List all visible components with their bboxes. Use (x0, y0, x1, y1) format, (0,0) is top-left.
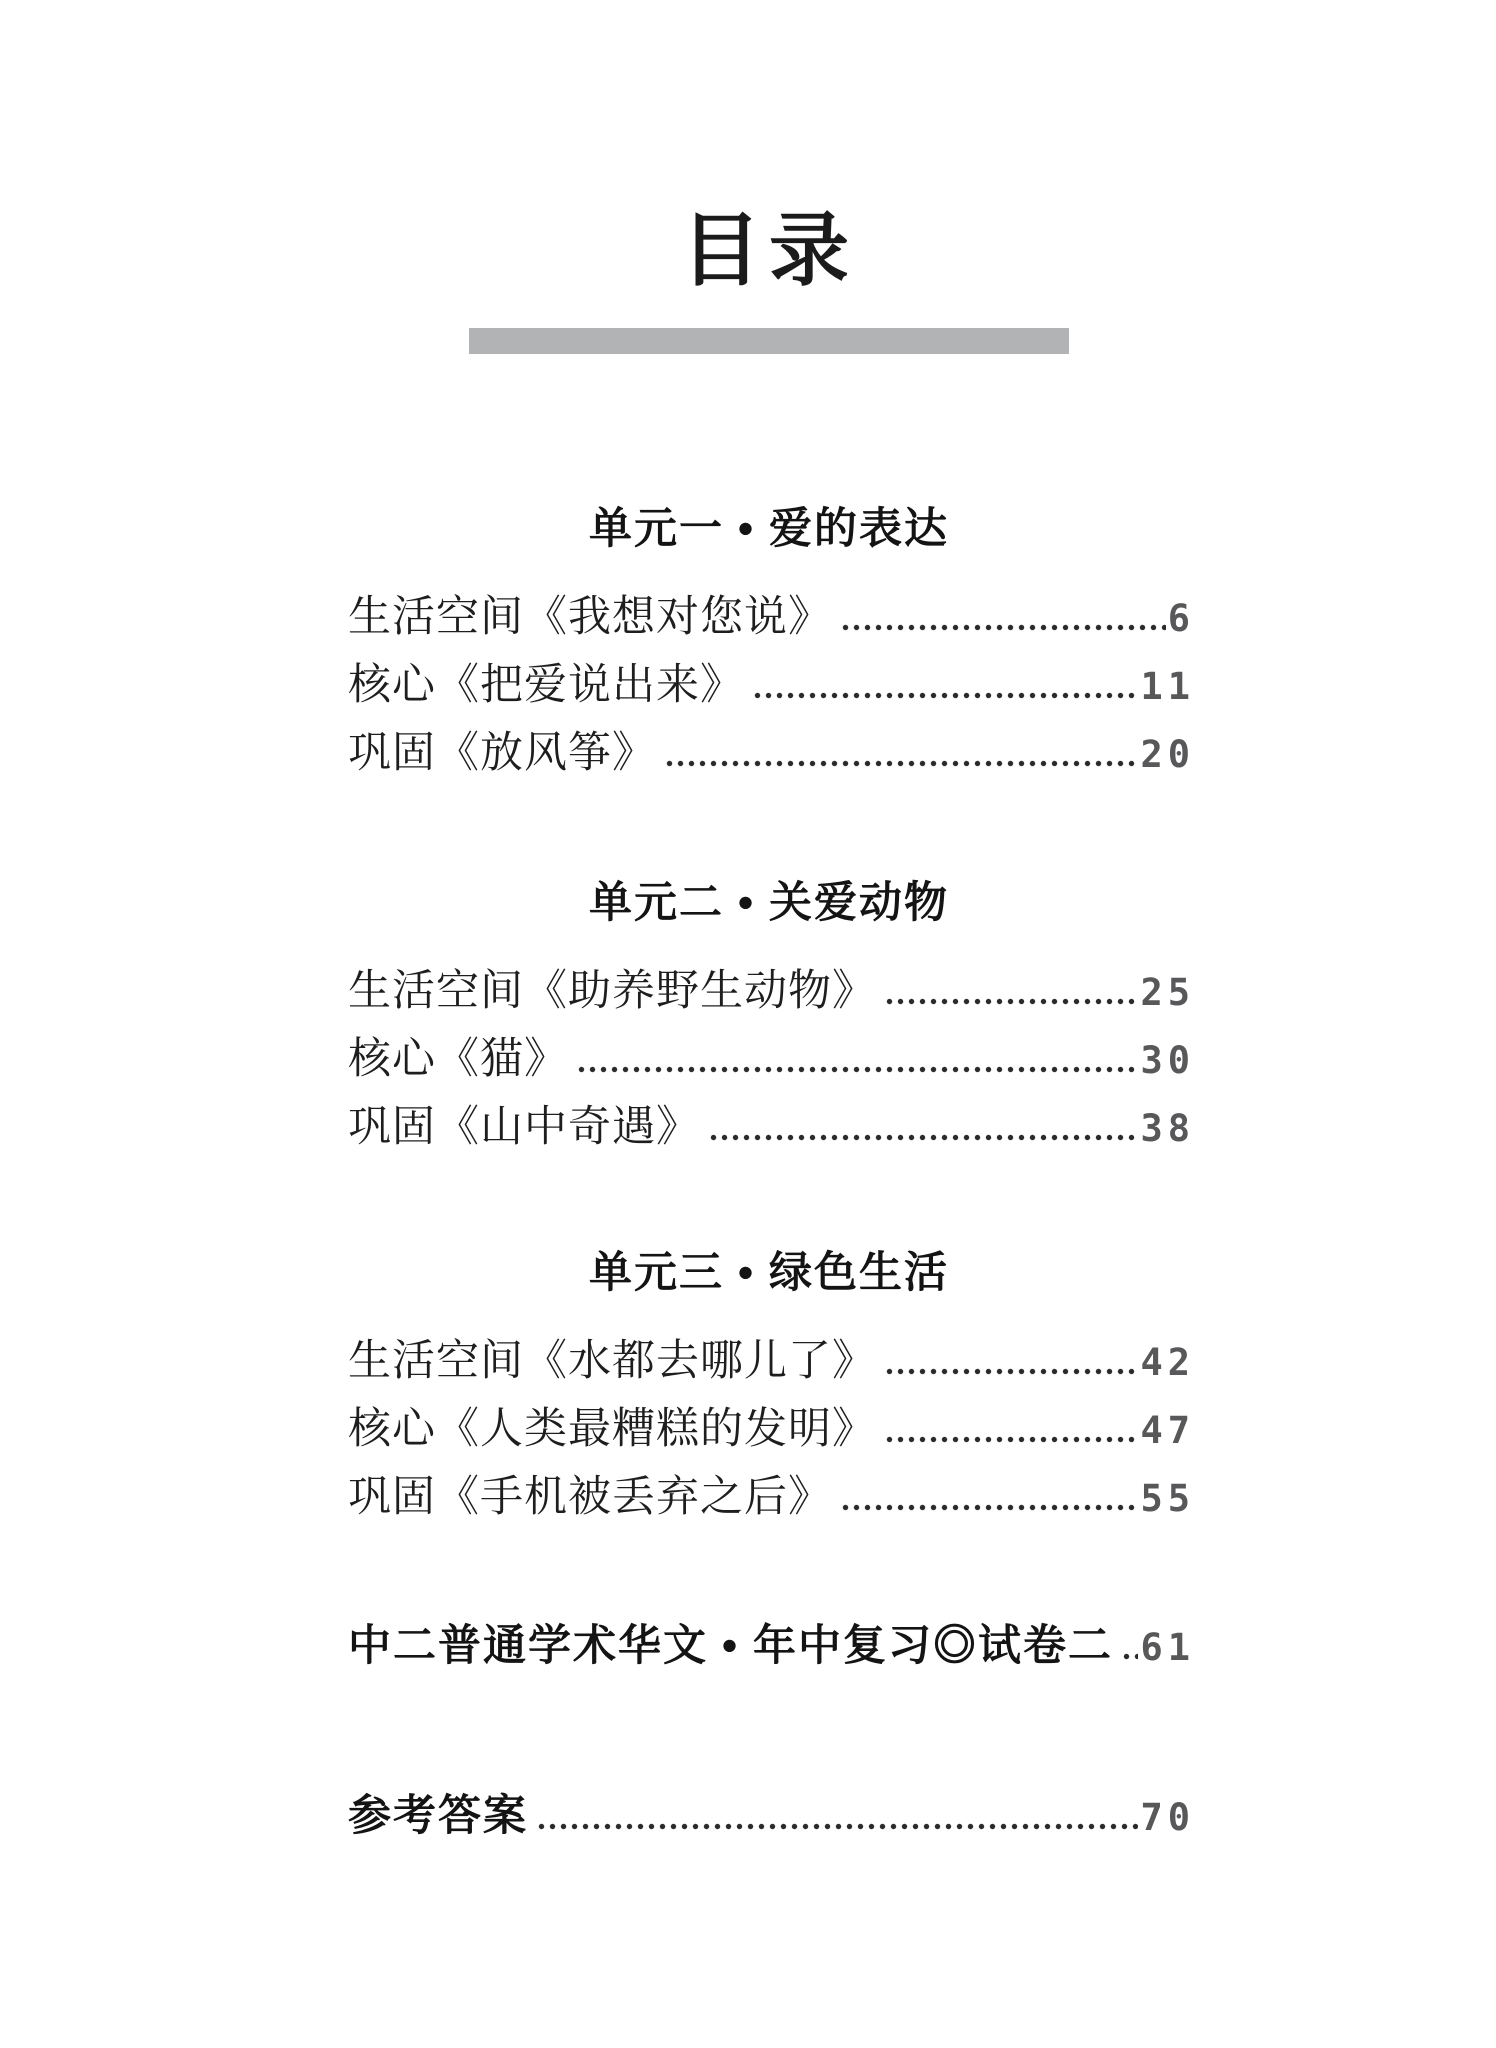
dot-leader (1123, 1653, 1138, 1660)
toc-entry: 核心《人类最糟糕的发明》 47 (348, 1405, 1190, 1456)
title-divider-bar (469, 328, 1069, 354)
unit-1-entries: 生活空间《我想对您说》 6 核心《把爱说出来》 11 巩固《放风筝》 20 (348, 593, 1190, 780)
entry-page-number: 42 (1140, 1338, 1195, 1388)
entry-page-number: 30 (1140, 1036, 1195, 1086)
entry-page-number: 61 (1140, 1623, 1195, 1673)
entry-page-number: 11 (1140, 662, 1195, 712)
toc-entry: 巩固《手机被丢弃之后》 55 (348, 1473, 1190, 1524)
dot-leader (886, 998, 1138, 1005)
dot-leader (842, 1504, 1138, 1511)
dot-leader (842, 624, 1166, 631)
entry-label: 中二普通学术华文 • 年中复习◎试卷二 (348, 1621, 1113, 1671)
entry-label: 参考答案 (348, 1791, 528, 1841)
dot-leader (754, 692, 1138, 699)
entry-label: 巩固《山中奇遇》 (348, 1103, 700, 1153)
unit-3-heading: 单元三 • 绿色生活 (348, 1250, 1190, 1297)
entry-label: 生活空间《水都去哪儿了》 (348, 1337, 876, 1387)
toc-entry: 生活空间《水都去哪儿了》 42 (348, 1337, 1190, 1388)
toc-entry: 巩固《放风筝》 20 (348, 729, 1190, 780)
entry-page-number: 38 (1140, 1104, 1195, 1154)
entry-page-number: 20 (1140, 730, 1195, 780)
entry-label: 生活空间《助养野生动物》 (348, 967, 876, 1017)
dot-leader (710, 1134, 1138, 1141)
entry-page-number: 70 (1140, 1793, 1195, 1843)
entry-label: 核心《把爱说出来》 (348, 661, 744, 711)
unit-2-entries: 生活空间《助养野生动物》 25 核心《猫》 30 巩固《山中奇遇》 38 (348, 967, 1190, 1154)
dot-leader (538, 1823, 1138, 1830)
unit-1-heading: 单元一 • 爱的表达 (348, 506, 1190, 553)
page-title: 目录 (348, 212, 1190, 292)
toc-column: 目录 单元一 • 爱的表达 生活空间《我想对您说》 6 核心《把爱说出来》 11… (348, 0, 1190, 1843)
unit-section-1: 单元一 • 爱的表达 生活空间《我想对您说》 6 核心《把爱说出来》 11 巩固… (348, 506, 1190, 780)
entry-page-number: 6 (1168, 594, 1195, 644)
toc-entry: 巩固《山中奇遇》 38 (348, 1103, 1190, 1154)
entry-label: 核心《人类最糟糕的发明》 (348, 1405, 876, 1455)
dot-leader (886, 1368, 1138, 1375)
answer-key-entry: 参考答案 70 (348, 1791, 1190, 1843)
unit-section-3: 单元三 • 绿色生活 生活空间《水都去哪儿了》 42 核心《人类最糟糕的发明》 … (348, 1250, 1190, 1524)
entry-page-number: 25 (1140, 968, 1195, 1018)
dot-leader (578, 1066, 1138, 1073)
entry-page-number: 55 (1140, 1474, 1195, 1524)
midyear-review-entry: 中二普通学术华文 • 年中复习◎试卷二 61 (348, 1621, 1190, 1673)
toc-entry: 生活空间《助养野生动物》 25 (348, 967, 1190, 1018)
toc-entry: 核心《猫》 30 (348, 1035, 1190, 1086)
dot-leader (666, 760, 1138, 767)
entry-label: 巩固《手机被丢弃之后》 (348, 1473, 832, 1523)
unit-2-heading: 单元二 • 关爱动物 (348, 880, 1190, 927)
dot-leader (886, 1436, 1138, 1443)
entry-label: 生活空间《我想对您说》 (348, 593, 832, 643)
toc-entry: 生活空间《我想对您说》 6 (348, 593, 1190, 644)
entry-page-number: 47 (1140, 1406, 1195, 1456)
toc-entry: 核心《把爱说出来》 11 (348, 661, 1190, 712)
entry-label: 巩固《放风筝》 (348, 729, 656, 779)
unit-3-entries: 生活空间《水都去哪儿了》 42 核心《人类最糟糕的发明》 47 巩固《手机被丢弃… (348, 1337, 1190, 1524)
unit-section-2: 单元二 • 关爱动物 生活空间《助养野生动物》 25 核心《猫》 30 巩固《山… (348, 880, 1190, 1154)
entry-label: 核心《猫》 (348, 1035, 568, 1085)
toc-page: 目录 单元一 • 爱的表达 生活空间《我想对您说》 6 核心《把爱说出来》 11… (0, 0, 1496, 2048)
